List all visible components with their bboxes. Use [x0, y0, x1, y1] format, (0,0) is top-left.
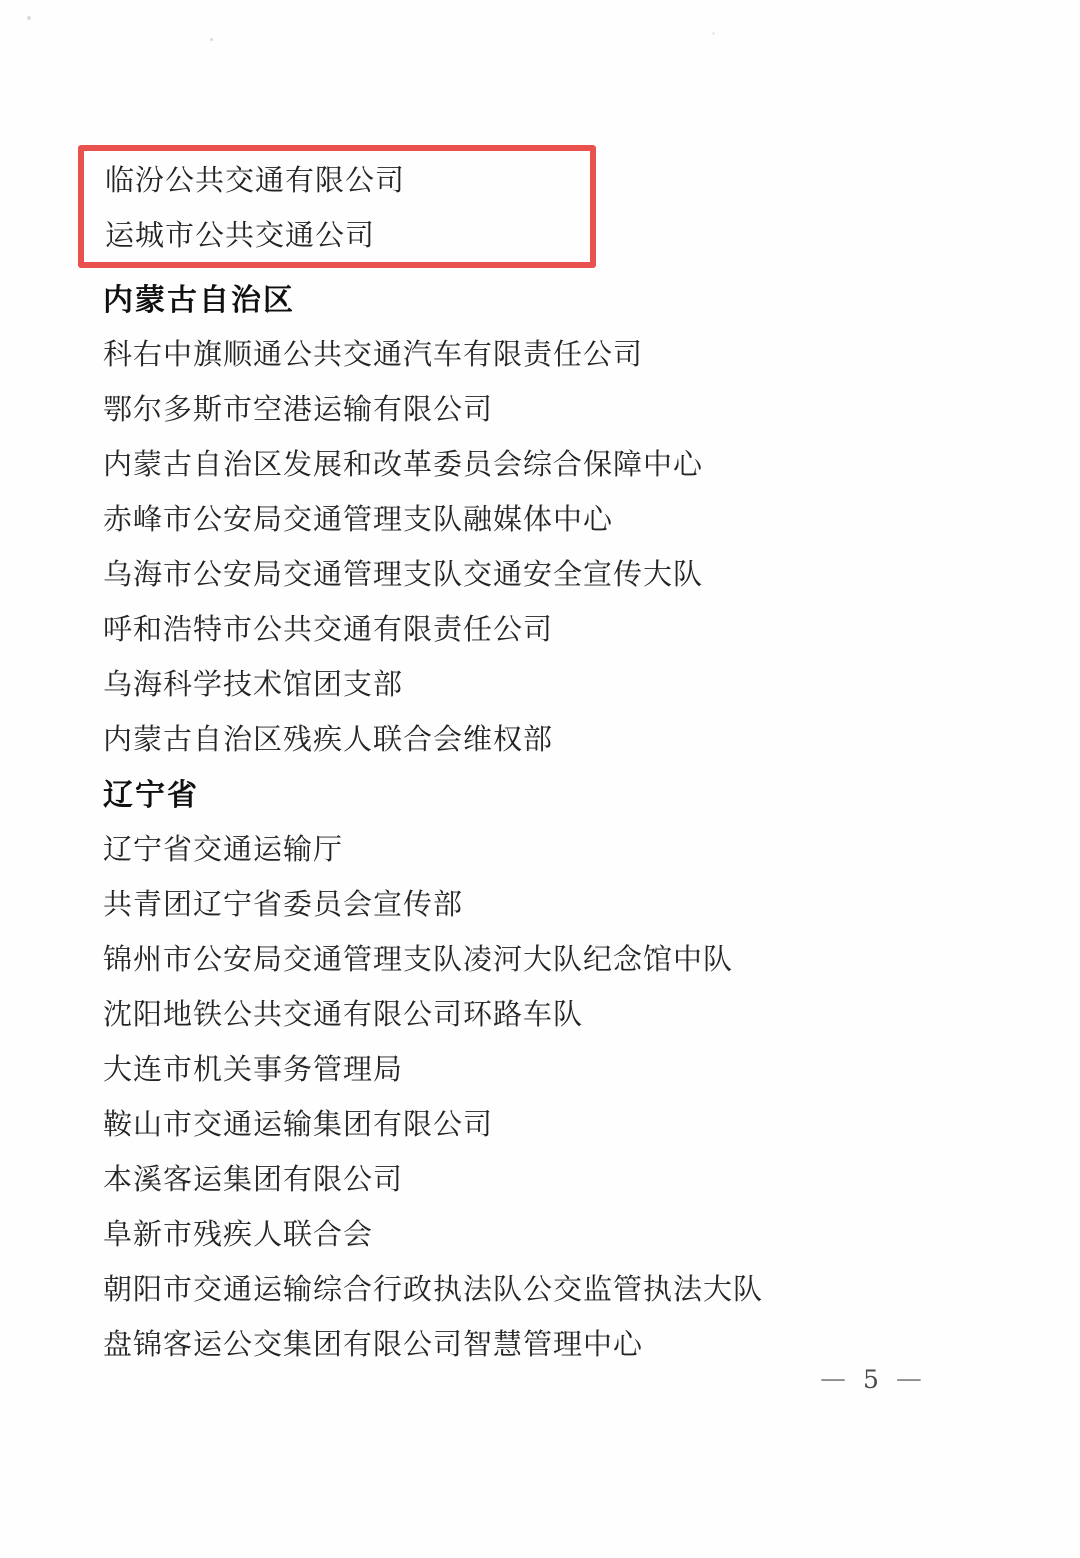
list-item: 共青团辽宁省委员会宣传部: [103, 878, 763, 933]
list-item: 锦州市公安局交通管理支队凌河大队纪念馆中队: [103, 933, 763, 988]
scan-speck: [27, 16, 31, 20]
list-item: 朝阳市交通运输综合行政执法队公交监管执法大队: [103, 1263, 763, 1318]
list-item: 内蒙古自治区发展和改革委员会综合保障中心: [103, 438, 763, 493]
list-item: 阜新市残疾人联合会: [103, 1208, 763, 1263]
highlight-red-box: 临汾公共交通有限公司 运城市公共交通公司: [78, 145, 596, 268]
list-item: 鄂尔多斯市空港运输有限公司: [103, 383, 763, 438]
scan-speck: [210, 38, 213, 41]
section-header-liaoning: 辽宁省: [103, 768, 763, 823]
list-item: 沈阳地铁公共交通有限公司环路车队: [103, 988, 763, 1043]
list-item: 内蒙古自治区残疾人联合会维权部: [103, 713, 763, 768]
list-item: 呼和浩特市公共交通有限责任公司: [103, 603, 763, 658]
highlighted-org-name: 运城市公共交通公司: [105, 221, 590, 252]
list-item: 乌海科学技术馆团支部: [103, 658, 763, 713]
scan-speck: [712, 32, 715, 35]
list-item: 鞍山市交通运输集团有限公司: [103, 1098, 763, 1153]
section-header-inner-mongolia: 内蒙古自治区: [103, 273, 763, 328]
list-item: 赤峰市公安局交通管理支队融媒体中心: [103, 493, 763, 548]
highlighted-org-name: 临汾公共交通有限公司: [105, 166, 590, 197]
document-page: 临汾公共交通有限公司 运城市公共交通公司 内蒙古自治区 科右中旗顺通公共交通汽车…: [0, 0, 1080, 1558]
list-item: 乌海市公安局交通管理支队交通安全宣传大队: [103, 548, 763, 603]
organization-list: 内蒙古自治区 科右中旗顺通公共交通汽车有限责任公司 鄂尔多斯市空港运输有限公司 …: [103, 273, 763, 1373]
footer-dash-left: —: [820, 1366, 846, 1392]
page-number: 5: [863, 1367, 879, 1392]
list-item: 辽宁省交通运输厅: [103, 823, 763, 878]
list-item: 本溪客运集团有限公司: [103, 1153, 763, 1208]
footer-dash-right: —: [896, 1366, 922, 1392]
list-item: 大连市机关事务管理局: [103, 1043, 763, 1098]
list-item: 科右中旗顺通公共交通汽车有限责任公司: [103, 328, 763, 383]
page-footer: — 5 —: [820, 1366, 922, 1392]
list-item: 盘锦客运公交集团有限公司智慧管理中心: [103, 1318, 763, 1373]
